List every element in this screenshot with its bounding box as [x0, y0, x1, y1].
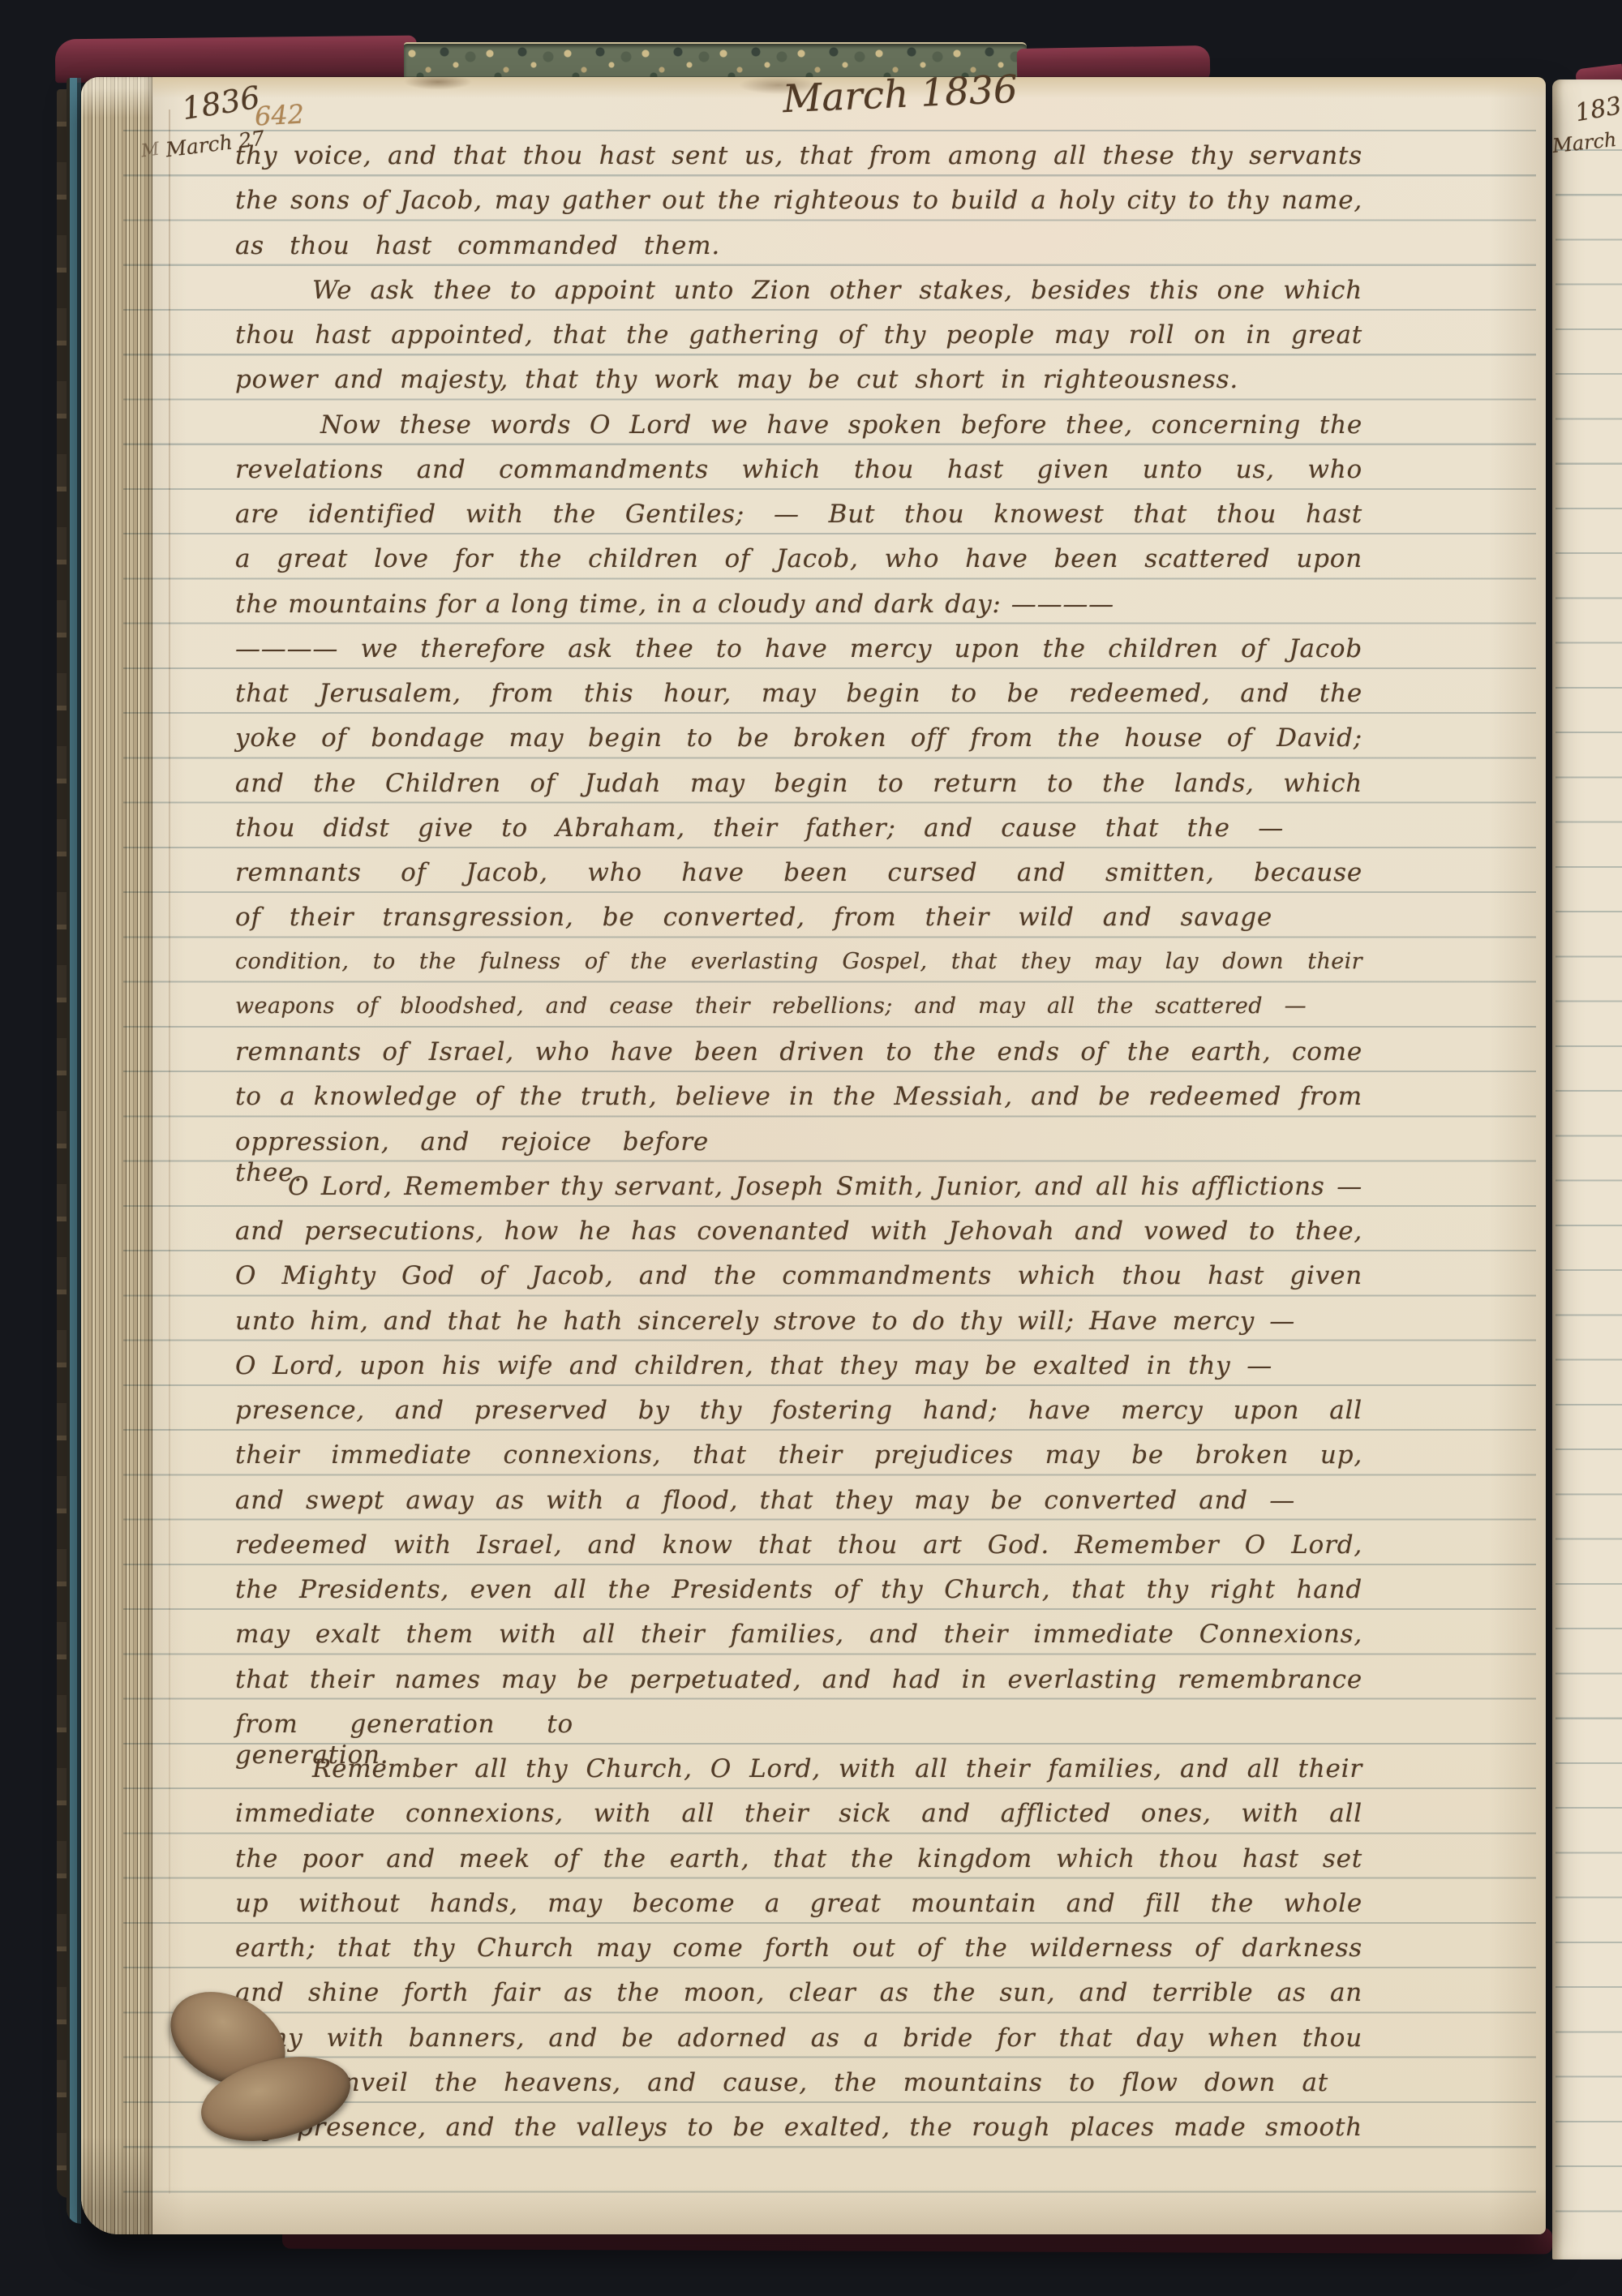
- manuscript-line: up without hands, may become a great mou…: [235, 1888, 1362, 1919]
- manuscript-line: and persecutions, how he has covenanted …: [235, 1216, 1362, 1247]
- manuscript-line: thou hast appointed, that the gathering …: [235, 320, 1362, 350]
- manuscript-line: condition, to the fulness of the everlas…: [235, 947, 1362, 976]
- manuscript-line: to a knowledge of the truth, believe in …: [235, 1081, 1362, 1112]
- leather-cover-top-edge: [55, 36, 418, 84]
- manuscript-line: the Presidents, even all the Presidents …: [235, 1574, 1362, 1605]
- manuscript-line: and shine forth fair as the moon, clear …: [235, 1977, 1362, 2008]
- manuscript-line: O Lord, Remember thy servant, Joseph Smi…: [288, 1171, 1362, 1202]
- manuscript-line: earth; that thy Church may come forth ou…: [235, 1933, 1362, 1963]
- facing-page-sliver: 1836 March 27: [1552, 79, 1622, 2260]
- manuscript-line: the mountains for a long time, in a clou…: [235, 589, 1114, 620]
- facing-ruled-lines: [1555, 149, 1622, 2225]
- manuscript-line: a great love for the children of Jacob, …: [235, 543, 1362, 574]
- manuscript-line: the poor and meek of the earth, that the…: [235, 1843, 1362, 1874]
- manuscript-line: remnants of Jacob, who have been cursed …: [235, 857, 1362, 888]
- manuscript-line: thy voice, and that thou hast sent us, t…: [235, 140, 1362, 171]
- scanned-journal-scene: 1836 March 27 March 1836 1836 642 March …: [0, 0, 1622, 2296]
- manuscript-line: that their names may be perpetuated, and…: [235, 1664, 1362, 1695]
- manuscript-line: unto him, and that he hath sincerely str…: [235, 1306, 1295, 1337]
- manuscript-line: their immediate connexions, that their p…: [235, 1440, 1362, 1470]
- manuscript-line: and swept away as with a flood, that the…: [235, 1485, 1295, 1516]
- manuscript-line: as thou hast commanded them.: [235, 230, 720, 261]
- manuscript-line: O Lord, upon his wife and children, that…: [235, 1350, 1272, 1381]
- manuscript-line: ———— we therefore ask thee to have mercy…: [235, 633, 1362, 664]
- manuscript-line: the sons of Jacob, may gather out the ri…: [235, 185, 1362, 216]
- manuscript-line: weapons of bloodshed, and cease their re…: [235, 992, 1307, 1021]
- manuscript-line: presence, and preserved by thy fostering…: [235, 1395, 1362, 1426]
- manuscript-line: We ask thee to appoint unto Zion other s…: [312, 275, 1362, 306]
- manuscript-line: remnants of Israel, who have been driven…: [235, 1036, 1362, 1067]
- manuscript-line: immediate connexions, with all their sic…: [235, 1798, 1362, 1829]
- fore-edge-note-fragment: M: [139, 139, 161, 162]
- manuscript-line: O Mighty God of Jacob, and the commandme…: [235, 1260, 1362, 1291]
- manuscript-page: March 1836 1836 642 March 27 M thy voice…: [81, 77, 1546, 2234]
- manuscript-line: may exalt them with all their families, …: [235, 1619, 1362, 1650]
- manuscript-line: are identified with the Gentiles; — But …: [235, 499, 1362, 530]
- manuscript-line: yoke of bondage may begin to be broken o…: [235, 723, 1362, 753]
- manuscript-line: thy presence, and the valleys to be exal…: [235, 2112, 1362, 2143]
- manuscript-line: Remember all thy Church, O Lord, with al…: [312, 1753, 1362, 1784]
- manuscript-line: army with banners, and be adorned as a b…: [235, 2023, 1362, 2054]
- manuscript-line: thou didst give to Abraham, their father…: [235, 813, 1284, 843]
- cover-blue-left-edge: [67, 78, 81, 2224]
- manuscript-line: of their transgression, be converted, fr…: [235, 902, 1272, 933]
- manuscript-text-block: thy voice, and that thou hast sent us, t…: [81, 77, 1546, 2234]
- manuscript-line: power and majesty, that thy work may be …: [235, 364, 1238, 395]
- manuscript-line: that Jerusalem, from this hour, may begi…: [235, 678, 1362, 709]
- manuscript-line: and the Children of Judah may begin to r…: [235, 768, 1362, 799]
- manuscript-line: Now these words O Lord we have spoken be…: [320, 410, 1362, 440]
- facing-corner-year: 1836: [1573, 89, 1622, 128]
- manuscript-line: redeemed with Israel, and know that thou…: [235, 1530, 1362, 1560]
- manuscript-line: revelations and commandments which thou …: [235, 454, 1362, 485]
- manuscript-line: shalt unveil the heavens, and cause, the…: [235, 2067, 1328, 2098]
